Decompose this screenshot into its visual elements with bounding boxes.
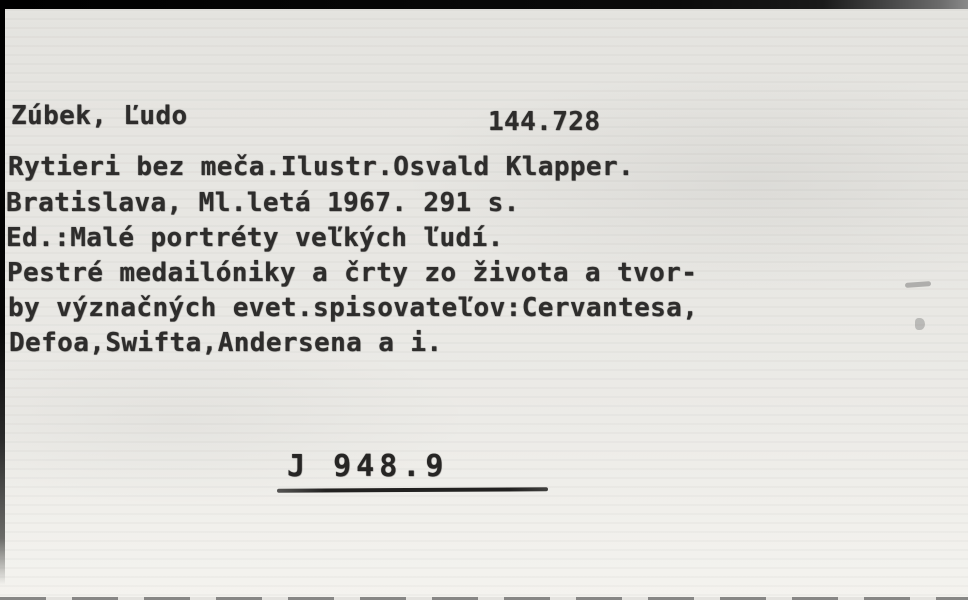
catalog-line-annotation-2: by význačných evet.spisovateľov:Cervante… <box>8 293 698 323</box>
author-heading: Zúbek, Ľudo <box>11 101 188 131</box>
scan-artifact-speck <box>915 318 925 330</box>
call-number-underline <box>277 487 548 492</box>
catalog-line-edition: Ed.:Malé portréty veľkých ľudí. <box>6 223 504 253</box>
catalog-line-annotation-1: Pestré medailóniky a črty zo života a tv… <box>7 258 697 288</box>
catalog-line-title: Rytieri bez meča.Ilustr.Osvald Klapper. <box>8 152 634 182</box>
call-number: J 948.9 <box>287 449 448 484</box>
scan-edge-top <box>0 0 968 9</box>
scan-edge-left <box>0 0 5 585</box>
catalog-line-imprint: Bratislava, Ml.letá 1967. 291 s. <box>6 188 520 218</box>
catalog-line-annotation-3: Defoa,Swifta,Andersena a i. <box>9 328 442 358</box>
accession-number: 144.728 <box>488 107 600 137</box>
scanned-catalog-card: Zúbek, Ľudo 144.728 Rytieri bez meča.Ilu… <box>0 0 968 600</box>
scan-artifact-dash <box>905 281 931 288</box>
